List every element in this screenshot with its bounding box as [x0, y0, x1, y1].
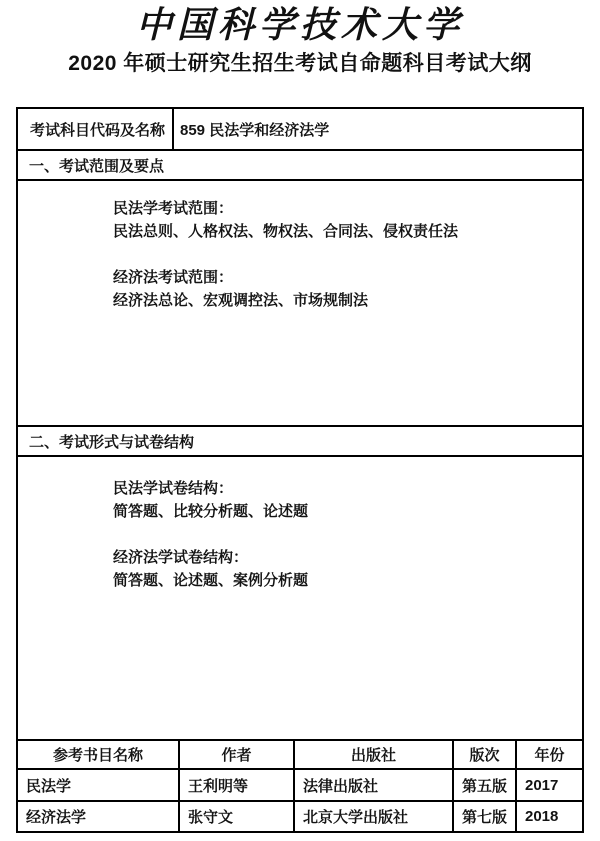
ref-header-book-name: 参考书目名称 — [18, 741, 180, 768]
section2-title: 二、考试形式与试卷结构 — [18, 425, 582, 455]
ref-header-edition: 版次 — [454, 741, 517, 768]
ref-book-name: 民法学 — [18, 770, 180, 800]
table-row: 经济法学 张守文 北京大学出版社 第七版 2018 — [18, 800, 582, 831]
ref-year: 2018 — [517, 802, 582, 831]
section1-content: 民法学考试范围： 民法总则、人格权法、物权法、合同法、侵权责任法 经济法考试范围… — [18, 179, 582, 425]
section2-content: 民法学试卷结构： 简答题、比较分析题、论述题 经济法学试卷结构： 简答题、论述题… — [18, 455, 582, 739]
exam-syllabus-page: 中国科学技术大学 2020 年硕士研究生招生考试自命题科目考试大纲 考试科目代码… — [0, 0, 600, 841]
reference-table-header-row: 参考书目名称 作者 出版社 版次 年份 — [18, 741, 582, 768]
economic-law-structure-block: 经济法学试卷结构： 简答题、论述题、案例分析题 — [113, 546, 582, 592]
ref-publisher: 北京大学出版社 — [295, 802, 454, 831]
table-row: 民法学 王利明等 法律出版社 第五版 2017 — [18, 768, 582, 800]
ref-book-name: 经济法学 — [18, 802, 180, 831]
ref-year: 2017 — [517, 770, 582, 800]
ref-edition: 第五版 — [454, 770, 517, 800]
ref-author: 张守文 — [180, 802, 295, 831]
economic-law-scope-block: 经济法考试范围： 经济法总论、宏观调控法、市场规制法 — [113, 266, 582, 312]
ref-author: 王利明等 — [180, 770, 295, 800]
section1-title: 一、考试范围及要点 — [18, 149, 582, 179]
economic-law-scope-body: 经济法总论、宏观调控法、市场规制法 — [113, 289, 582, 312]
civil-law-structure-heading: 民法学试卷结构： — [113, 477, 582, 500]
university-title: 中国科学技术大学 — [0, 2, 600, 48]
document-title: 2020 年硕士研究生招生考试自命题科目考试大纲 — [0, 50, 600, 78]
economic-law-structure-body: 简答题、论述题、案例分析题 — [113, 569, 582, 592]
ref-edition: 第七版 — [454, 802, 517, 831]
civil-law-scope-block: 民法学考试范围： 民法总则、人格权法、物权法、合同法、侵权责任法 — [113, 197, 582, 243]
ref-publisher: 法律出版社 — [295, 770, 454, 800]
economic-law-scope-heading: 经济法考试范围： — [113, 266, 582, 289]
subject-row: 考试科目代码及名称 859 民法学和经济法学 — [18, 109, 582, 149]
subject-code-value: 859 民法学和经济法学 — [174, 109, 582, 149]
economic-law-structure-heading: 经济法学试卷结构： — [113, 546, 582, 569]
subject-code-label: 考试科目代码及名称 — [18, 109, 174, 149]
reference-books-table: 参考书目名称 作者 出版社 版次 年份 民法学 王利明等 法律出版社 第五版 2… — [18, 739, 582, 831]
ref-header-publisher: 出版社 — [295, 741, 454, 768]
civil-law-structure-block: 民法学试卷结构： 简答题、比较分析题、论述题 — [113, 477, 582, 523]
civil-law-structure-body: 简答题、比较分析题、论述题 — [113, 500, 582, 523]
civil-law-scope-body: 民法总则、人格权法、物权法、合同法、侵权责任法 — [113, 220, 582, 243]
ref-header-year: 年份 — [517, 741, 582, 768]
ref-header-author: 作者 — [180, 741, 295, 768]
civil-law-scope-heading: 民法学考试范围： — [113, 197, 582, 220]
syllabus-table: 考试科目代码及名称 859 民法学和经济法学 一、考试范围及要点 民法学考试范围… — [16, 107, 584, 833]
